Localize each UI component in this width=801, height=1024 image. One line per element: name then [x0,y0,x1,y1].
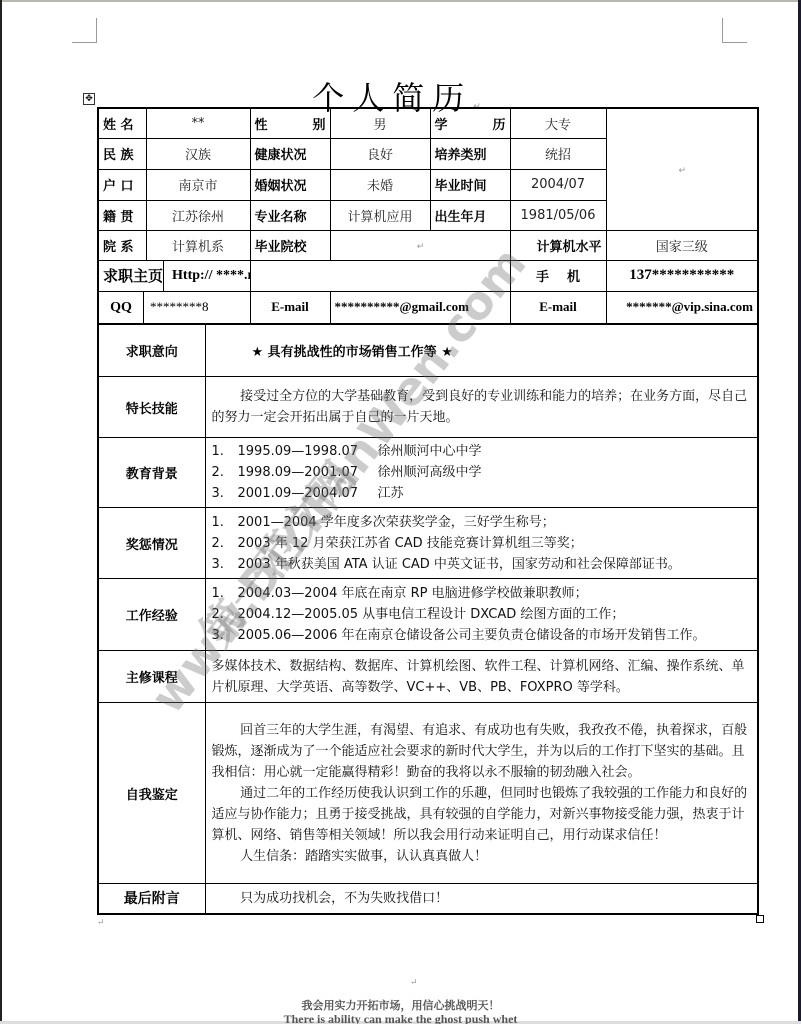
email1-label: E-mail [250,291,330,324]
table-row: 院 系 计算机系 毕业院校 ↵ 计算机水平 国家三级 [98,230,758,260]
native-place-value[interactable]: 江苏徐州 [146,200,250,230]
section-work: 工作经验 1.2004.03—2004 年底在南京 RP 电脑进修学校做兼职教师… [98,579,758,651]
section-intent: 求职意向 ★ 具有挑战性的市场销售工作等 ★ [98,325,758,377]
gender-label: 性别 [250,108,330,138]
native-place-label: 籍 贯 [98,200,146,230]
intent-value[interactable]: ★ 具有挑战性的市场销售工作等 ★ [205,325,758,377]
awards-label: 奖惩情况 [98,508,205,579]
skills-label: 特长技能 [98,377,205,438]
courses-label: 主修课程 [98,651,205,703]
section-skills: 特长技能 接受过全方位的大学基础教育，受到良好的专业训练和能力的培养；在业务方面… [98,377,758,438]
section-closing: 最后附言 只为成功找机会，不为失败找借口！ [98,884,758,914]
email2-label: E-mail [510,291,606,324]
courses-value[interactable]: 多媒体技术、数据结构、数据库、计算机绘图、软件工程、计算机网络、汇编、操作系统、… [205,651,758,703]
page-left-edge [0,0,2,1024]
computer-level-value[interactable]: 国家三级 [606,230,758,260]
list-item: 2.2004.12—2005.05 从事电信工程设计 DXCAD 绘图方面的工作… [212,604,752,625]
footer-motto-cn: 我会用实力开拓市场，用信心挑战明天！ [0,997,801,1013]
email2-value[interactable]: *******@vip.sina.com [606,291,758,324]
hukou-label: 户 口 [98,169,146,200]
hukou-value[interactable]: 南京市 [146,169,250,200]
page-top-edge [0,0,801,2]
ethnicity-value[interactable]: 汉族 [146,138,250,169]
footer-motto-en: There is ability can make the ghost push… [0,1012,801,1024]
education-history-label: 教育背景 [98,438,205,508]
skills-value[interactable]: 接受过全方位的大学基础教育，受到良好的专业训练和能力的培养；在业务方面，尽自己的… [205,377,758,438]
grad-time-label: 毕业时间 [430,169,510,200]
self-evaluation-body[interactable]: 回首三年的大学生涯，有渴望、有追求、有成功也有失败，我孜孜不倦，执着探求，百般锻… [205,703,758,884]
birth-value[interactable]: 1981/05/06 [510,200,606,230]
school-label: 毕业院校 [250,230,330,260]
resume-table: 姓 名 ** 性别 男 学历 大专 ↵ 民 族 汉族 健康状况 良好 培养类别 … [97,107,759,325]
table-row: QQ ********8 E-mail **********@gmail.com… [98,291,758,324]
section-self-evaluation: 自我鉴定 回首三年的大学生涯，有渴望、有追求、有成功也有失败，我孜孜不倦，执着探… [98,703,758,884]
computer-level-label: 计算机水平 [510,230,606,260]
school-value[interactable]: ↵ [330,230,510,260]
homepage-value[interactable]: Http:// ****.net [164,268,250,284]
grad-time-value[interactable]: 2004/07 [510,169,606,200]
homepage-label: 求职主页 [99,261,164,291]
list-item: 3.2001.09—2004.07江苏 [212,483,752,504]
table-row: 求职主页 Http:// ****.net 手机 137*********** [98,260,758,291]
qq-label: QQ [99,292,144,323]
table-move-handle-icon[interactable]: ✥ [83,93,95,105]
crop-mark-top-right [722,18,747,43]
list-item: 1.1995.09—1998.07徐州顺河中心中学 [212,441,752,462]
list-item: 2.1998.09—2001.07徐州顺河高级中学 [212,462,752,483]
section-courses: 主修课程 多媒体技术、数据结构、数据库、计算机绘图、软件工程、计算机网络、汇编、… [98,651,758,703]
resume-sections-table: 求职意向 ★ 具有挑战性的市场销售工作等 ★ 特长技能 接受过全方位的大学基础教… [97,324,759,915]
qq-value[interactable]: ********8 [144,299,209,315]
email1-value[interactable]: **********@gmail.com [330,291,510,324]
department-value[interactable]: 计算机系 [146,230,250,260]
health-label: 健康状况 [250,138,330,169]
photo-cell[interactable]: ↵ [606,108,758,230]
department-label: 院 系 [98,230,146,260]
name-value[interactable]: ** [146,108,250,138]
crop-mark-top-left [72,18,97,43]
qq-cell: QQ ********8 [98,291,250,324]
list-item: 3.2003 年秋获美国 ATA 认证 CAD 中英文证书，国家劳动和社会保障部… [212,554,752,575]
homepage-cell: 求职主页 Http:// ****.net [98,260,250,291]
list-item: 1.2001—2004 学年度多次荣获奖学金，三好学生称号； [212,512,752,533]
work-list: 1.2004.03—2004 年底在南京 RP 电脑进修学校做兼职教师； 2.2… [205,579,758,651]
major-label: 专业名称 [250,200,330,230]
ethnicity-label: 民 族 [98,138,146,169]
closing-label: 最后附言 [98,884,205,914]
self-evaluation-label: 自我鉴定 [98,703,205,884]
table-resize-handle-icon[interactable] [756,915,764,923]
work-label: 工作经验 [98,579,205,651]
awards-list: 1.2001—2004 学年度多次荣获奖学金，三好学生称号； 2.2003 年 … [205,508,758,579]
paragraph-mark-icon: ↵ [97,918,105,928]
training-label: 培养类别 [430,138,510,169]
section-education: 教育背景 1.1995.09—1998.07徐州顺河中心中学 2.1998.09… [98,438,758,508]
homepage-value-ext [250,260,510,291]
education-label: 学历 [430,108,510,138]
birth-label: 出生年月 [430,200,510,230]
health-value[interactable]: 良好 [330,138,430,169]
education-history-list: 1.1995.09—1998.07徐州顺河中心中学 2.1998.09—2001… [205,438,758,508]
training-value[interactable]: 统招 [510,138,606,169]
intent-label: 求职意向 [98,325,205,377]
marital-label: 婚姻状况 [250,169,330,200]
list-item: 1.2004.03—2004 年底在南京 RP 电脑进修学校做兼职教师； [212,583,752,604]
section-awards: 奖惩情况 1.2001—2004 学年度多次荣获奖学金，三好学生称号； 2.20… [98,508,758,579]
gender-value[interactable]: 男 [330,108,430,138]
list-item: 2.2003 年 12 月荣获江苏省 CAD 技能竞赛计算机组三等奖； [212,533,752,554]
education-value[interactable]: 大专 [510,108,606,138]
mobile-value[interactable]: 137*********** [606,260,758,291]
mobile-label: 手机 [510,260,606,291]
table-row: 姓 名 ** 性别 男 学历 大专 ↵ [98,108,758,138]
closing-value[interactable]: 只为成功找机会，不为失败找借口！ [205,884,758,914]
major-value[interactable]: 计算机应用 [330,200,430,230]
paragraph-mark-icon: ↵ [410,978,418,988]
list-item: 3.2005.06—2006 年在南京仓储设备公司主要负责仓储设备的市场开发销售… [212,625,752,646]
name-label: 姓 名 [98,108,146,138]
marital-value[interactable]: 未婚 [330,169,430,200]
